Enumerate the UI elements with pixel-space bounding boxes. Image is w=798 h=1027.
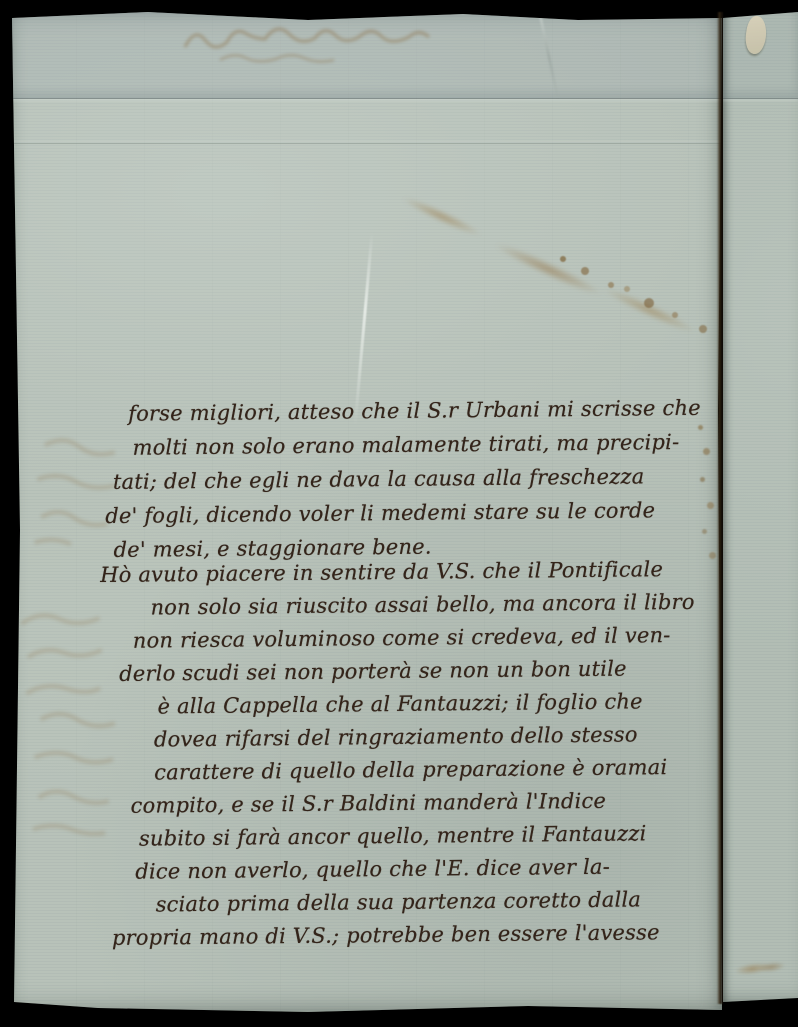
diagonal-stain-streak (394, 184, 705, 349)
bottom-right-smudge (730, 954, 786, 981)
manuscript-line: carattere di quello della preparazione è… (154, 751, 722, 790)
stain-speckles (560, 256, 566, 262)
letter-sheet: forse migliori, atteso che il S.r Urbani… (8, 10, 722, 1016)
ink-showthrough-top (180, 15, 480, 70)
adjacent-page-edge (723, 12, 798, 1004)
paragraph-1: forse migliori, atteso che il S.r Urbani… (8, 391, 722, 568)
paragraph-2: Hò avuto piacere in sentire da V.S. che … (8, 553, 724, 956)
manuscript-line: subito si farà ancor quello, mentre il F… (139, 817, 723, 856)
manuscript-line: de' fogli, dicendo voler li medemi stare… (105, 493, 721, 533)
manuscript-line: non riesca voluminoso come si credeva, e… (133, 619, 721, 658)
fold-crease-line (8, 143, 722, 144)
manuscript-scan: forse migliori, atteso che il S.r Urbani… (0, 0, 798, 1027)
manuscript-line: propria mano di V.S.; potrebbe ben esser… (112, 916, 724, 955)
page-seam-shadow (717, 12, 723, 1004)
